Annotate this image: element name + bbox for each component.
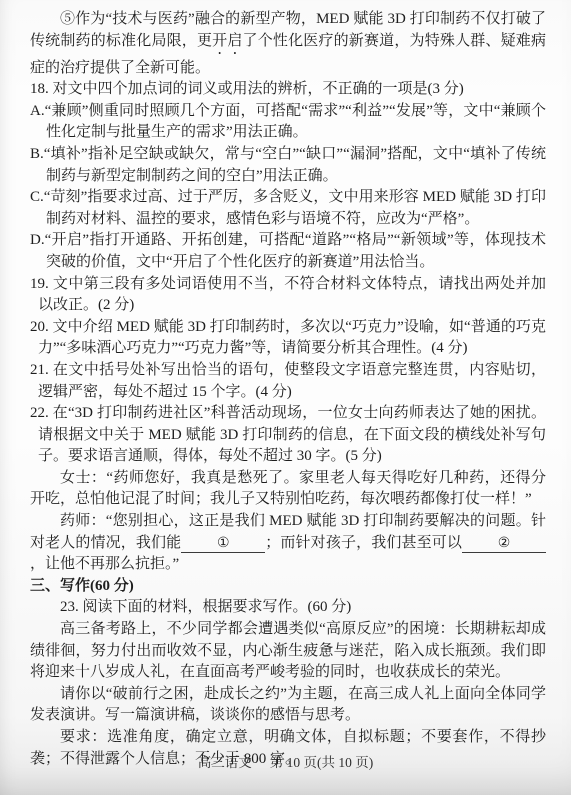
question-23-stem: 23. 阅读下面的材料，根据要求写作。(60 分): [30, 597, 546, 619]
question-20: 20. 文中介绍 MED 赋能 3D 打印制药时，多次以“巧克力”设喻，如“普通…: [30, 317, 546, 360]
fill-blank-2: ②: [462, 535, 546, 553]
question-18-stem: 18. 对文中四个加点词的词义或用法的辨析，不正确的一项是(3 分): [30, 79, 546, 101]
footer-course-name: 高三语文: [198, 755, 252, 770]
q18-option-c: C.“苛刻”指要求过高、过于严厉，多含贬义，文中用来形容 MED 赋能 3D 打…: [30, 187, 546, 230]
footer-page-number: 第 10 页(共 10 页): [270, 755, 374, 770]
question-22-stem: 22. 在“3D 打印制药进社区”科普活动现场，一位女士向药师表达了她的困扰。请…: [30, 403, 546, 468]
essay-task: 请你以“破前行之困，赴成长之约”为主题，在高三成人礼上面向全体同学发表演讲。写一…: [30, 684, 546, 727]
fill-blank-1: ①: [181, 535, 265, 553]
question-19: 19. 文中第三段有多处词语使用不当，不符合材料文体特点，请找出两处并加以改正。…: [30, 274, 546, 317]
section-3-writing-title: 三、写作(60 分): [30, 576, 546, 598]
q18-option-d: D.“开启”指打开通路、开拓创建，可搭配“道路”“格局”“新领域”等，体现技术突…: [30, 230, 546, 273]
dialogue-lady-line: 女士：“药师您好，我真是愁死了。家里老人每天得吃好几种药，还得分开吃，总怕他记混…: [30, 468, 546, 511]
dotted-word: 开启: [212, 33, 242, 49]
q18-option-a: A.“兼顾”侧重同时照顾几个方面，可搭配“需求”“利益”“发展”等，文中“兼顾个…: [30, 101, 546, 144]
exam-page: ⑤作为“技术与医药”融合的新型产物，MED 赋能 3D 打印制药不仅打破了传统制…: [0, 0, 571, 795]
passage-paragraph-5: ⑤作为“技术与医药”融合的新型产物，MED 赋能 3D 打印制药不仅打破了传统制…: [30, 9, 546, 79]
pharmacist-post: ，让他不再那么抗拒。”: [30, 556, 179, 572]
q18-option-b: B.“填补”指补足空缺或缺欠，常与“空白”“缺口”“漏洞”搭配，文中“填补了传统…: [30, 144, 546, 187]
dialogue-pharmacist-line: 药师：“您别担心，这正是我们 MED 赋能 3D 打印制药要解决的问题。针对老人…: [30, 511, 546, 576]
pharmacist-mid: ；而针对孩子，我们甚至可以: [265, 535, 462, 551]
page-footer: 高三语文第 10 页(共 10 页): [0, 751, 571, 771]
exam-content: ⑤作为“技术与医药”融合的新型产物，MED 赋能 3D 打印制药不仅打破了传统制…: [30, 9, 546, 770]
question-21: 21. 在文中括号处补写出恰当的语句，使整段文字语意完整连贯，内容贴切，逻辑严密…: [30, 360, 546, 403]
essay-material: 高三备考路上，不少同学都会遭遇类似“高原反应”的困境：长期耕耘却成绩徘徊，努力付…: [30, 619, 546, 684]
